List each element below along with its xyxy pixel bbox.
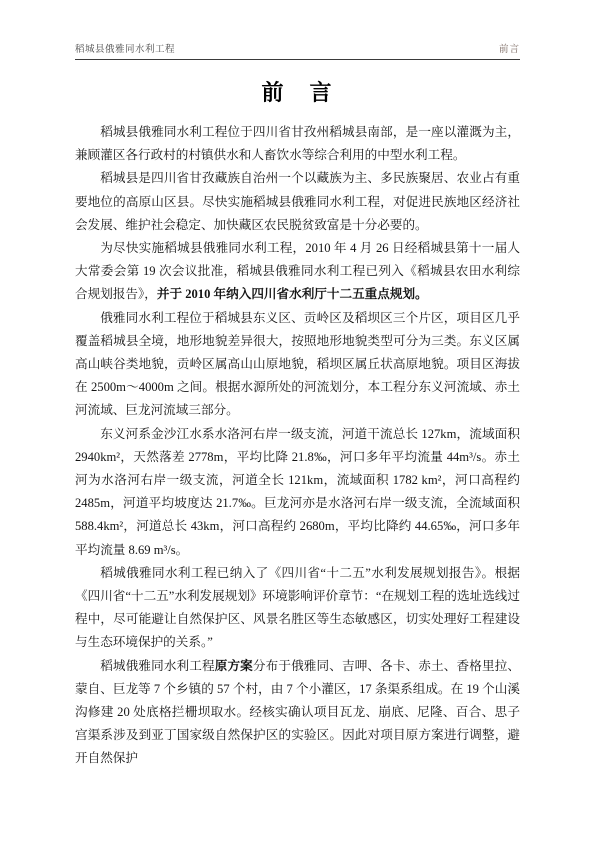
paragraph-text: 稻城俄雅同水利工程已纳入了《四川省“十二五”水利发展规划报告》。根据《四川省“十… bbox=[75, 566, 520, 650]
header-project-title: 稻城县俄雅同水利工程 bbox=[75, 41, 175, 55]
header-section-title: 前言 bbox=[499, 41, 520, 55]
paragraph-project-area: 俄雅同水利工程位于稻城县东义区、贡岭区及稻坝区三个片区，项目区几乎覆盖稻城县全境… bbox=[75, 307, 520, 423]
paragraph-text-bold: 原方案 bbox=[215, 659, 253, 673]
paragraph-project-overview: 稻城县俄雅同水利工程位于四川省甘孜州稻城县南部，是一座以灌溉为主，兼顾灌区各行政… bbox=[75, 121, 520, 167]
paragraph-text-bold: 并于 2010 年纳入四川省水利厅十二五重点规划。 bbox=[157, 287, 428, 301]
paragraph-text: 稻城俄雅同水利工程 bbox=[100, 659, 215, 673]
paragraph-text: 稻城县俄雅同水利工程位于四川省甘孜州稻城县南部，是一座以灌溉为主，兼顾灌区各行政… bbox=[75, 125, 520, 162]
paragraph-original-scheme: 稻城俄雅同水利工程原方案分布于俄雅同、吉呷、各卡、赤土、香格里拉、蒙自、巨龙等 … bbox=[75, 655, 520, 771]
paragraph-text: 东义河系金沙江水系水洛河右岸一级支流，河道干流总长 127km，流域面积 294… bbox=[75, 427, 520, 557]
paragraph-county-background: 稻城县是四川省甘孜藏族自治州一个以藏族为主、多民族聚居、农业占有重要地位的高原山… bbox=[75, 167, 520, 237]
paragraph-text: 稻城县是四川省甘孜藏族自治州一个以藏族为主、多民族聚居、农业占有重要地位的高原山… bbox=[75, 171, 520, 231]
paragraph-river-data: 东义河系金沙江水系水洛河右岸一级支流，河道干流总长 127km，流域面积 294… bbox=[75, 423, 520, 562]
document-title: 前 言 bbox=[0, 76, 595, 107]
document-body: 稻城县俄雅同水利工程位于四川省甘孜州稻城县南部，是一座以灌溉为主，兼顾灌区各行政… bbox=[75, 121, 520, 771]
paragraph-text: 分布于俄雅同、吉呷、各卡、赤土、香格里拉、蒙自、巨龙等 7 个乡镇的 57 个村… bbox=[75, 659, 520, 766]
paragraph-approval-history: 为尽快实施稻城县俄雅同水利工程，2010 年 4 月 26 日经稻城县第十一届人… bbox=[75, 237, 520, 307]
paragraph-planning-requirements: 稻城俄雅同水利工程已纳入了《四川省“十二五”水利发展规划报告》。根据《四川省“十… bbox=[75, 562, 520, 655]
page-header: 稻城县俄雅同水利工程 前言 bbox=[75, 41, 520, 60]
paragraph-text: 俄雅同水利工程位于稻城县东义区、贡岭区及稻坝区三个片区，项目区几乎覆盖稻城县全境… bbox=[75, 311, 520, 418]
document-page: 稻城县俄雅同水利工程 前言 前 言 稻城县俄雅同水利工程位于四川省甘孜州稻城县南… bbox=[0, 0, 595, 841]
